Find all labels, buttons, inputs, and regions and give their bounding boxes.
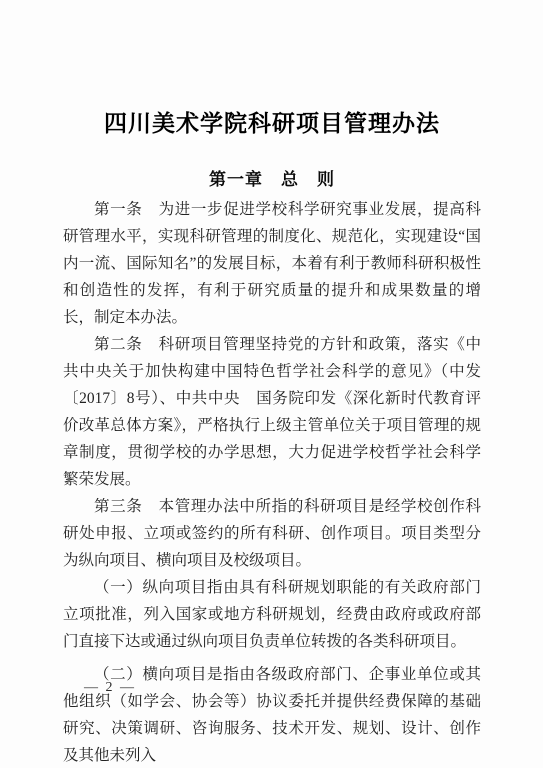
- article-1-paragraph: 第一条 为进一步促进学校科学研究事业发展，提高科研管理水平，实现科研管理的制度化…: [63, 196, 481, 331]
- document-page: 四川美术学院科研项目管理办法 第一章 总 则 第一条 为进一步促进学校科学研究事…: [0, 0, 543, 768]
- article-2-paragraph: 第二条 科研项目管理坚持党的方针和政策，落实《中共中央关于加快构建中国特色哲学社…: [63, 331, 481, 493]
- chapter-heading: 第一章 总 则: [63, 169, 481, 191]
- article-3-item-1-paragraph: （一）纵向项目指由具有科研规划职能的有关政府部门立项批准，列入国家或地方科研规划…: [63, 574, 481, 655]
- article-3-item-2-paragraph: （二）横向项目是指由各级政府部门、企事业单位或其他组织（如学会、协会等）协议委托…: [63, 661, 481, 768]
- document-title: 四川美术学院科研项目管理办法: [63, 108, 481, 140]
- article-3-paragraph: 第三条 本管理办法中所指的科研项目是经学校创作科研处申报、立项或签约的所有科研、…: [63, 493, 481, 574]
- page-number: — 2 —: [84, 680, 136, 696]
